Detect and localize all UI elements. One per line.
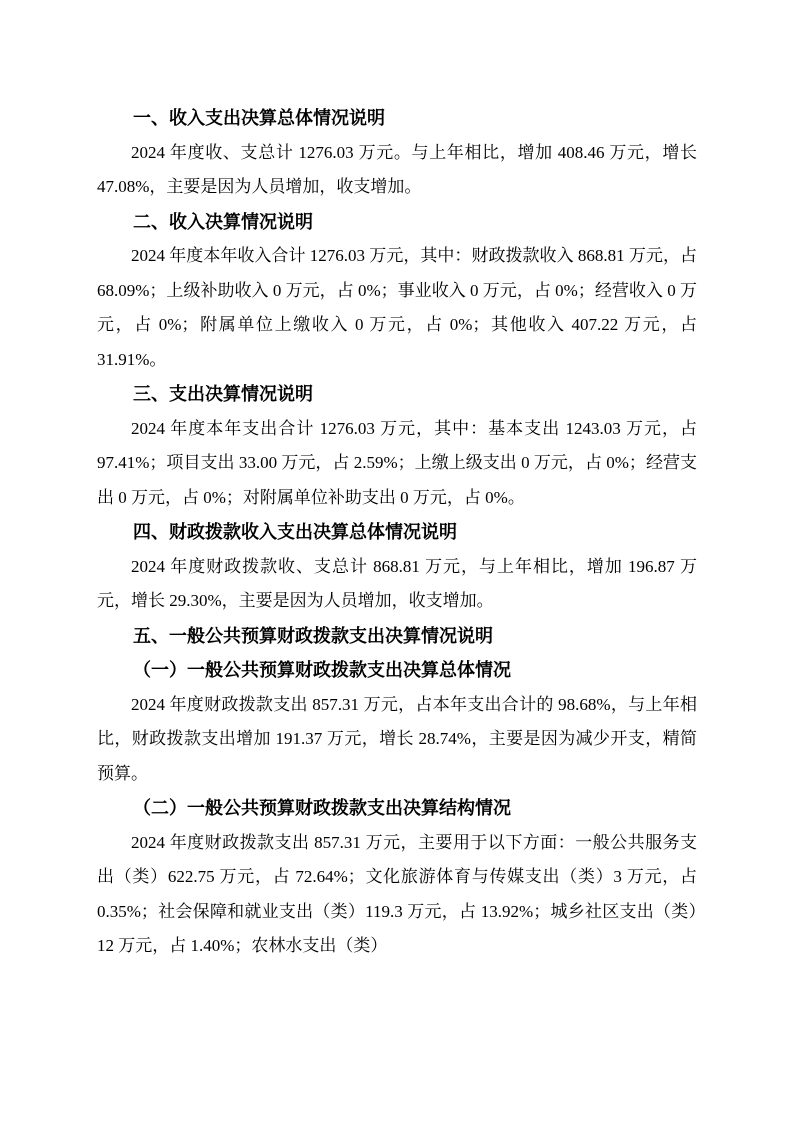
section-4-paragraph: 2024 年度财政拨款收、支总计 868.81 万元，与上年相比，增加 196.…: [97, 550, 697, 619]
section-1-paragraph: 2024 年度收、支总计 1276.03 万元。与上年相比，增加 408.46 …: [97, 136, 697, 205]
section-5-1-subheading: （一）一般公共预算财政拨款支出决算总体情况: [97, 653, 697, 688]
section-5-1-paragraph: 2024 年度财政拨款支出 857.31 万元，占本年支出合计的 98.68%，…: [97, 688, 697, 792]
section-2-heading: 二、收入决算情况说明: [97, 205, 697, 240]
section-2-paragraph: 2024 年度本年收入合计 1276.03 万元，其中：财政拨款收入 868.8…: [97, 239, 697, 377]
section-5-heading: 五、一般公共预算财政拨款支出决算情况说明: [97, 619, 697, 654]
section-3-heading: 三、支出决算情况说明: [97, 377, 697, 412]
section-3-paragraph: 2024 年度本年支出合计 1276.03 万元，其中：基本支出 1243.03…: [97, 412, 697, 516]
section-5-2-paragraph: 2024 年度财政拨款支出 857.31 万元，主要用于以下方面：一般公共服务支…: [97, 826, 697, 964]
document-page: 一、收入支出决算总体情况说明 2024 年度收、支总计 1276.03 万元。与…: [0, 0, 793, 1122]
document-body: 一、收入支出决算总体情况说明 2024 年度收、支总计 1276.03 万元。与…: [97, 101, 697, 964]
section-4-heading: 四、财政拨款收入支出决算总体情况说明: [97, 515, 697, 550]
section-1-heading: 一、收入支出决算总体情况说明: [97, 101, 697, 136]
section-5-2-subheading: （二）一般公共预算财政拨款支出决算结构情况: [97, 791, 697, 826]
